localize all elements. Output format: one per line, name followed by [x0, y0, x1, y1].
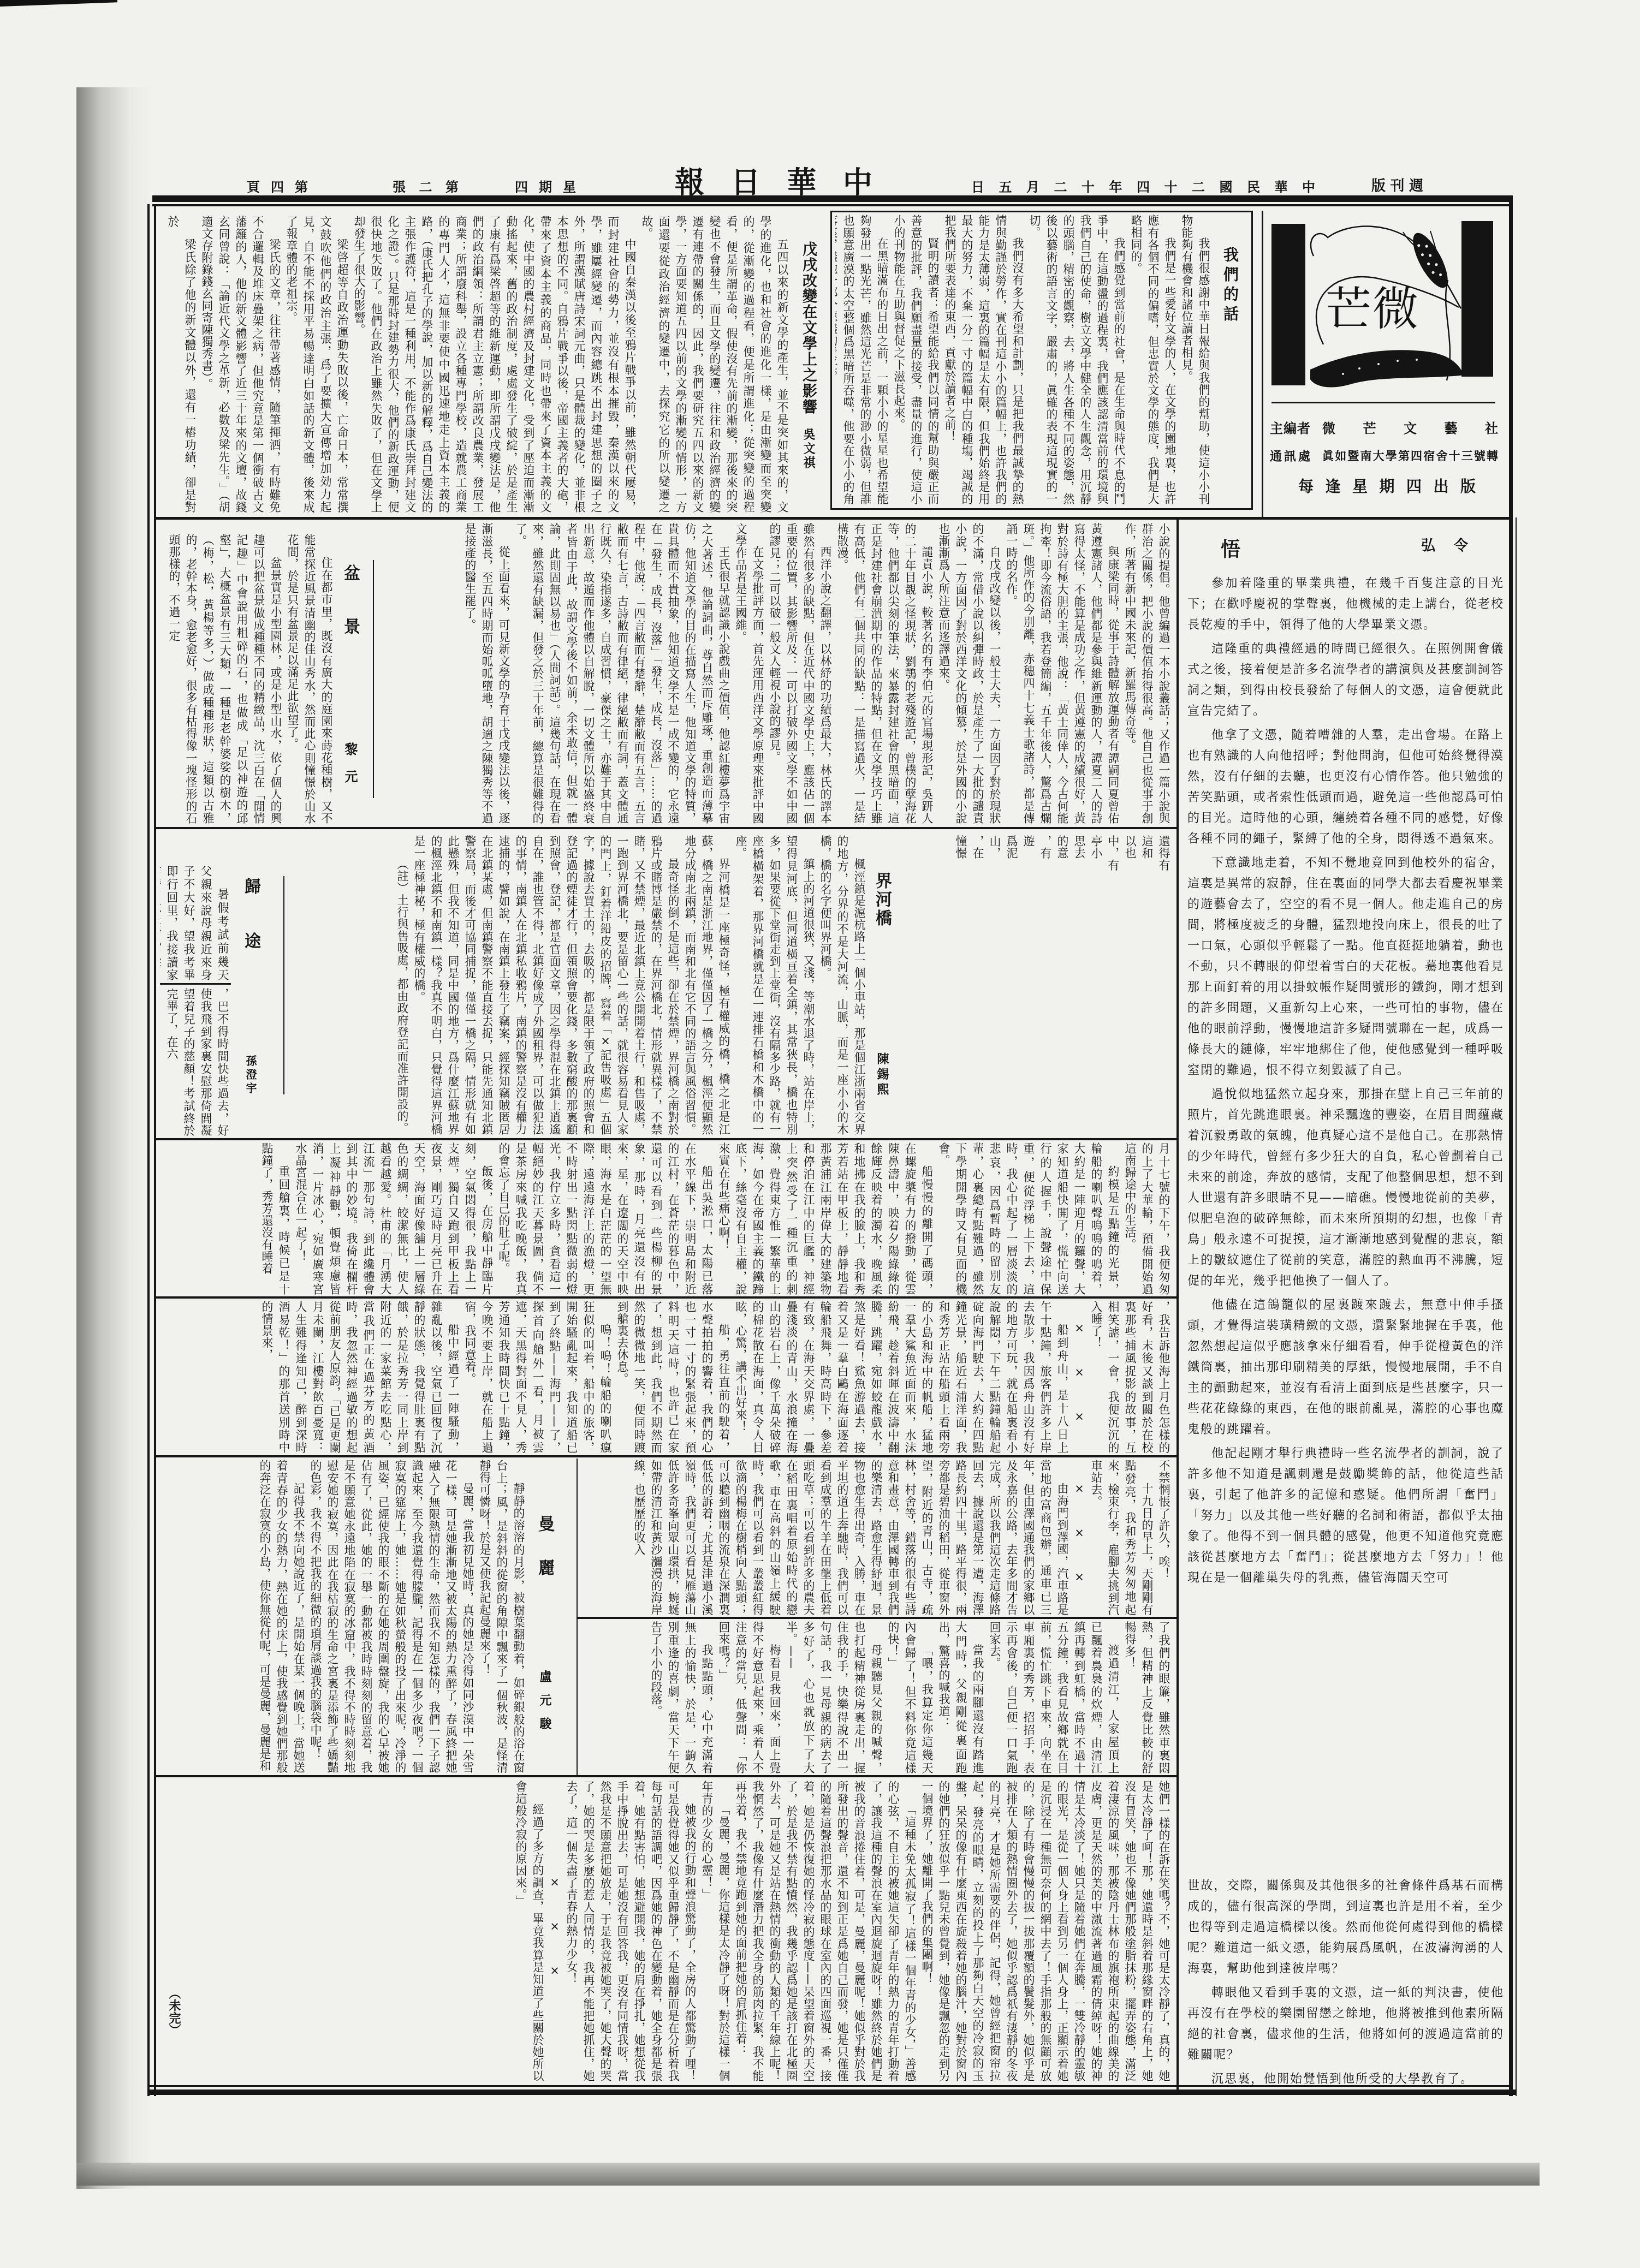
- homeward-opening-lower: ，巴不得時間快些過去，好使我飛到家裏安慰那倚閭凝望着兒子的慈顏！考試終於完畢了，…: [160, 988, 231, 1136]
- row-rule-6-sub: [578, 1617, 1178, 1619]
- paragraph: 賢明的讀者：希望能給我們以同情的幫助與嚴正而善意的批評，我們願盡量的接受，盡量的…: [890, 215, 941, 505]
- paragraph: 飯後，在房艙中靜臨片刻，空氣悶得很，我點上一支煙，獨自又跑到甲板上看夜景，剛巧這…: [292, 1142, 495, 1295]
- wuxu-article-author: 吳文祺: [799, 428, 817, 468]
- paragraph: 靜靜的溶溶的月影，被樹葉翻動着，如碎銀般的浴在窗台上；風，是斜斜的從窗的角隙中飄…: [476, 1460, 527, 1773]
- column-fragment: 這和: [1138, 835, 1155, 1135]
- paragraph: 在黑暗滿布的日出之前，一顆小小的星星也希望能夠發出一點光芒，雖然這光芒是非常的渺…: [835, 215, 890, 505]
- column-fragment: 中，有: [1104, 835, 1121, 1135]
- manli-body-row7: 她們一樣的在訴在笑嗎？不，她可是太冷靜了，真的，她是太冷靜了呵！那，她還時是斜着…: [187, 1781, 1172, 2082]
- paragraph: 約模是五點鐘的光景，輪船的喇叭聲嗚嗚的鳴着，大約是一陣迎月的鑼聲，大家知道船快開…: [935, 1142, 1121, 1295]
- jiehe-bridge-body: 楓涇鎮是滬杭路上一個小車站，那是個江浙兩省交界的地方，分界的不是大河流，山脈，而…: [295, 835, 867, 1135]
- paragraph: 與康梁同時，從事于詩體解放運動者有譚嗣同夏曾佑黃遵憲諸人，他們都是參與維新運動的…: [1003, 523, 1121, 824]
- penjing-body-part1: 住在都市里，既沒有廣大的庭園來蒔花種樹，又不能常探近風景清幽的佳山秀水，然而此心…: [160, 534, 335, 824]
- frame-right: [1509, 202, 1513, 2096]
- paragraph: 楓涇鎮是滬杭路上一個小車站，那是個江浙兩省交界的地方，分界的不是大河流，山脈，而…: [817, 835, 867, 1135]
- row-rule-6: [155, 1775, 1178, 1777]
- frame-right-thin: [1516, 517, 1517, 2096]
- homeward-row4: 月十七號的下午，我便匆匆的上了大華輪，預備開始過這南歸途中的生活。 約模是五點鐘…: [158, 1142, 1172, 1295]
- paragraph: 船，勇往直前的駛着，水聲拍拍的響着，我們的心也一寸一寸的緊張起來，預料明天這時，…: [614, 1301, 732, 1454]
- paragraph: 嗚！嗚！輪船的喇叭瘋狂似的叫着，船中的旅客，開始騷亂起來，我知道船已到了終點——…: [461, 1301, 614, 1454]
- paragraph: 轉眼他又看到手裏的文憑，這一紙的判決書，使他再沒有在學校的樂園留戀之餘地，他將被…: [1187, 1983, 1504, 2065]
- wuxu-article-body-part2: 小說的提倡。他曾編過一本小說叢話；又作過一篇小說與群治之關係，把小說的價值抬得很…: [382, 523, 1172, 824]
- paragraph: 我們感覺到當前的社會，是在生命與時代不息的鬥爭中，在這動盪的過程裏，我們應該認清…: [1026, 215, 1127, 505]
- paragraph: 他記起剛才舉行典禮時一些名流學者的訓詞，說了許多他不知道是諷刺還是鼓勵獎飾的話，…: [1187, 1443, 1504, 1588]
- issue-date: 中華民國二十四年十二月五日: [971, 176, 1315, 195]
- row-rule-5: [155, 1455, 1178, 1457]
- paragraph: ，巴不得時間快些過去，好使我飛到家裏安慰那倚閭凝望着兒子的慈顏！考試終於完畢了，…: [163, 988, 231, 1136]
- paragraph: 他拿了文憑，隨着嘈雜的人羣，走出會場。在路上也有熟識的人向他招呼；對他問詢，但他…: [1187, 725, 1504, 849]
- paragraph: 從上面看來，可見新文學的孕育于戊戌變法以後，逐漸滋長，至五四時期而始呱呱墮地，胡…: [461, 523, 512, 824]
- penjing-body-part2: 還得有 這和 以也 中，有 亭小 思去 的意 ，有 遊 爲泥 山， ，在 憧憬: [904, 835, 1172, 1135]
- paragraph: 母親聽見父親的喊聲，也打起精神從房裏走出，握住我的手，快樂得說不出一句話，我一見…: [783, 1621, 884, 1774]
- sheet-number: 第二張: [393, 176, 459, 195]
- enlightenment-box-left: [1176, 517, 1179, 2091]
- header-rule-thin: [152, 204, 1513, 206]
- address-label: 通訊處: [1270, 447, 1310, 464]
- paragraph: 她們一樣的在訴在笑嗎？不，她可是太冷靜了，真的，她是太冷靜了呵！那，她還時是斜着…: [918, 1781, 1172, 2082]
- paragraph: 她被我的行動和聲浪驚動了，全房的人都驚動了哩！可是我覺得她又似乎重歸靜了，不是幽…: [563, 1781, 698, 2082]
- paragraph: 中國自秦漢以後至鴉片戰爭以前，雖然朝代屢易，而封建社會的勢力，並沒有根本摧毀，秦…: [350, 216, 638, 513]
- paragraph: 下意識地走着，不知不覺地竟回到他校外的宿舍，這裏是異常的寂靜，住在裏面的同學大都…: [1187, 853, 1504, 1081]
- paragraph: 梅看見我回來，面上覺得不好意思起來，乘着人不注意的當兒，低聲問：「你回來嗎？」: [715, 1621, 783, 1774]
- paragraph: 鎮上的河道很狹，又淺，等潮水退了時，站在岸上，望得見河底，但河道橫亘着全鎮，其常…: [732, 835, 817, 1135]
- wuxu-article-title: 戊戌改變在文學上之影響: [797, 241, 819, 414]
- jiehe-bridge-author: 陳錫熙: [872, 1052, 891, 1095]
- paragraph: 「喂，我算定你這幾天內會歸了！但不料你竟這樣的快！」: [884, 1621, 935, 1774]
- column-fragment: 思去: [1071, 835, 1088, 1135]
- homeward-block6b: 了我們的眼簾，雖然車裏悶熱，但精神上反覺比較的舒暢得多！ 渡過清江，人家屋頂上已…: [581, 1621, 1172, 1774]
- column-fragment: 還得有: [1155, 835, 1172, 1135]
- paragraph: 五四以來的新文學的產生，並不是突如其來的，文學的進化，也和社會的進化一樣，是由漸…: [638, 216, 791, 513]
- paragraph: 參加着隆重的畢業典禮，在幾千百隻注意的目光下；在歡呼慶祝的掌聲裏，他機械的走上講…: [1187, 573, 1504, 635]
- paragraph: 這隆重的典禮經過的時間已經很久。在照例開會儀式之後，接着便是許多名流學者的講演與…: [1187, 639, 1504, 722]
- paragraph: 西洋小說之翻譯，以林紓的功績爲最大，林氏的譯本雖然有很多的缺點，但在近代中國文學…: [766, 523, 834, 824]
- paragraph: 住在都市里，既沒有廣大的庭園來蒔花種樹，又不能常探近風景清幽的佳山秀水，然而此心…: [284, 534, 335, 824]
- column-fragment: ，有: [1037, 835, 1054, 1135]
- paragraph: 界河橋是一座極奇怪，極有權威的橋，橋之北是江蘇，橋之南是浙江地界，僅僅因了一橋之…: [681, 835, 732, 1135]
- paragraph: 暑假考試前幾天父親來說母親近來身子不大好，望我考畢即行回里，我接讀家信時，就是歸…: [160, 865, 231, 981]
- row-rule-2: [155, 827, 1178, 829]
- manli-title: 曼麗: [534, 1515, 555, 1575]
- frame-left-inner: [154, 204, 156, 2096]
- our-words-body: 我們很感謝中華日報給與我們的幫助，使這小小刊物能夠有機會和諸位讀者相見。 我們是…: [835, 215, 1212, 505]
- logo-text: 微芒: [1326, 282, 1418, 336]
- paragraph: 船出吳淞口，太陽已落在水平線下，崇明島和附近的江村，在蒼茫的暮色中，還可以看到一…: [495, 1142, 715, 1295]
- manli-divider: [577, 1459, 578, 1775]
- manli-author: 盧元駿: [536, 1670, 553, 1729]
- paragraph: ，我告訴他海上月色怎樣的好看，末後又談到關於在校裏那些捕風捉影的故事，互相笑謔，…: [1088, 1301, 1172, 1454]
- masthead-rule: [1271, 402, 1495, 403]
- enlightenment-title: 悟: [1221, 538, 1240, 562]
- paragraph: 梁啓超等自政治運動失敗以後，亡命日本，常常撰文鼓吹他們的政治主張，爲了要擴大宣傳…: [283, 216, 350, 513]
- homeward-row5: ，我告訴他海上月色怎樣的好看，末後又談到關於在校裏那些捕風捉影的故事，互相笑謔，…: [158, 1301, 1172, 1454]
- column-fragment: 遊: [1020, 835, 1037, 1135]
- homeward-block6a: 不禁惘悵了許久，唉！ 十九日的早上，天剛剛有點發亮，我和秀芳匆匆地起來，檢束行李…: [581, 1460, 1172, 1616]
- paragraph: 我們是一些愛好文學的人，在文學的園地裏，也許應有各個不同的偏嗜，但忠實於文學的態…: [1127, 215, 1178, 505]
- paragraph: 當我的兩腳還沒有踏進大門時，父親剛從裏面跑出，驚喜的喊我道：: [935, 1621, 986, 1774]
- edition-label: 週刊版: [1371, 175, 1423, 195]
- paragraph: 他儘在這鴿籠似的屋裏踱來踱去，無意中伸手搔頭，才覺得這裝璜精緻的文憑，還緊緊地握…: [1187, 1295, 1504, 1440]
- homeward-opening-upper: 暑假考試前幾天父親來說母親近來身子不大好，望我考畢即行回里，我接讀家信時，就是歸…: [160, 865, 231, 981]
- our-words-title: 我們的話: [1220, 247, 1240, 321]
- row-rule-4: [155, 1296, 1178, 1299]
- paragraph: 世故，交際，關係與及其他很多的社會條件爲基石而構成的，儘有很高深的學問，到這裏也…: [1187, 1876, 1504, 1979]
- homeward-divider: [283, 876, 284, 1094]
- enlightenment-body-top: 參加着隆重的畢業典禮，在幾千百隻注意的目光下；在歡呼慶祝的掌聲裏，他機械的走上講…: [1187, 573, 1504, 1592]
- scan-bottom-edge-shadow: [76, 2163, 1540, 2186]
- masthead-address-line: 通訊處 眞如暨南大學第四宿舍十三號轉: [1270, 447, 1498, 464]
- paragraph: 梁氏的文章，往往帶著感情，隨筆揮洒，有時難免不合邏輯及堆床疊架之病，但他究竟是第…: [198, 216, 283, 513]
- paragraph: 由海門到澤國，汽車路是當地的富商包辦，通車已三年，但由澤國通我們的家鄉以及永嘉的…: [631, 1460, 1071, 1616]
- paragraph: 我們很感謝中華日報給與我們的幫助，使這小小刊物能夠有機會和諸位讀者相見。: [1178, 215, 1212, 505]
- page-number: 第四頁: [247, 176, 308, 195]
- column-fragment: 以也: [1121, 835, 1138, 1135]
- paragraph: 船中經過了一陣騷動，雜亂以後，空氣已回復了沉靜的狀態，我覺得肚裏有點餓，於是拉秀…: [258, 1301, 461, 1454]
- to-be-continued-note: （未完）: [165, 1987, 182, 2036]
- address-value: 眞如暨南大學第四宿舍十三號轉: [1322, 447, 1498, 463]
- scan-left-edge-shadow: [76, 87, 153, 2189]
- paragraph: 最奇怪的倒不是這些，卻在於禁煙，界河橋之南對於鴉片或賭博是嚴禁的，在界河橋北，情…: [411, 835, 681, 1135]
- paragraph: 在文學批評方面，首先運用西洋文學原理來批評中國文學作品者是王國維。: [732, 523, 766, 824]
- paragraph: 船慢慢的離開了碼頭，在螺旋槳有力的撥動，從雲陳鼻濤中，映着夕陽綠綠的餘輝反映着的…: [715, 1142, 935, 1295]
- paragraph: 自戊戌改變以後，一般士大夫，一方面因了對於現狀的不滿，常借小說以糾彈時政，於是產…: [935, 523, 1003, 824]
- paragraph: 王氏很早就認識小說戲曲之價值，他認紅樓夢爲宇宙之大著述，他論詞曲，尊自然而斥雕琢…: [512, 523, 732, 824]
- jiehe-bridge-title: 界河橋: [871, 872, 892, 926]
- paragraph: 曼麗，當我初見她時，真的她是冷得如同沙漠中一朵雪花一樣，可是她漸漸地又被太陽的熱…: [307, 1460, 476, 1773]
- penjing-title: 盆景: [340, 564, 360, 634]
- manli-body-row6: 靜靜的溶溶的月影，被樹葉翻動着，如碎銀般的浴在窗台上；風，是斜斜的從窗的角隙中飄…: [158, 1460, 527, 1773]
- paragraph: 月十七號的下午，我便匆匆的上了大華輪，預備開始過這南歸途中的生活。: [1121, 1142, 1172, 1295]
- wuxu-article-body-part1: 五四以來的新文學的產生，並不是突如其來的，文學的進化，也和社會的進化一樣，是由漸…: [158, 216, 791, 513]
- masthead-divider: [1262, 211, 1263, 517]
- column-fragment: 山，: [986, 835, 1003, 1135]
- paragraph: 船到舟山，是十八日上午十點鐘，旅客們許多上岸去散步，我因爲舟山沒有好的地方可玩，…: [732, 1301, 1071, 1454]
- paragraph: 梁氏除了他的新文體以外，還有一樁功績，卻是對於: [164, 216, 198, 513]
- row-rule-3: [155, 1138, 1178, 1140]
- penjing-author: 黎元: [341, 742, 359, 783]
- section-separator: × × ×: [1071, 1460, 1088, 1616]
- editor-name: 微芒文藝社: [1322, 418, 1498, 437]
- paragraph: 經過了多方的調查，畢竟我算是知道了些關於她所以會這般冷寂的原因來。」: [512, 1781, 546, 2082]
- column-fragment: ，在: [969, 835, 986, 1135]
- paragraph: 記得我不禁向她說近了，是開始在某一個晚上，當她送着青春的少女的熱力，熱在她的床上…: [256, 1460, 307, 1773]
- homeward-opening-split-rule: [160, 983, 231, 985]
- paragraph: 小說的提倡。他曾編過一本小說叢話；又作過一篇小說與群治之關係，把小說的價值抬得很…: [1121, 523, 1172, 824]
- masthead-editor-line: 主編者 微芒文藝社: [1270, 418, 1498, 436]
- homeward-author: 孫澄宇: [242, 1055, 259, 1093]
- scan-corner-mark: [0, 0, 117, 7]
- column-fragment: 爲泥: [1003, 835, 1020, 1135]
- section-separator: × × ×: [1071, 1301, 1088, 1454]
- frame-left-outer: [147, 204, 150, 2096]
- publication-schedule: 每逢星期四出版: [1298, 475, 1476, 497]
- paragraph: 「曼麗，曼麗，你這樣是太冷靜了呀！對於這樣一個年青的少女的心靈！」: [698, 1781, 732, 2082]
- paragraph: 十九日的早上，天剛剛有點發亮，我和秀芳匆匆地起來，檢束行李，雇腳夫挑到汽車站去。: [1088, 1460, 1155, 1616]
- homeward-title: 歸途: [240, 878, 261, 949]
- weekday: 星期四: [515, 176, 576, 195]
- row-rule-1: [155, 517, 1509, 520]
- paragraph: 我們沒有多大希望和計劃，只是把我們最誠摯的熱情與勤謹於勞作，實在刊這小小的篇幅上…: [941, 215, 1026, 505]
- paragraph: 重回艙裏，時候已是十點鐘了，秀芳還沒有睡着: [258, 1142, 292, 1295]
- paragraph: 了我們的眼簾，雖然車裏悶熱，但精神上反覺比較的舒暢得多！: [1121, 1621, 1172, 1774]
- paragraph: 沉思裏，他開始覺悟到他所受的大學教育了。: [1187, 2069, 1504, 2090]
- penjing-divider: [373, 560, 374, 798]
- masthead-schedule-line: 每逢星期四出版: [1298, 476, 1476, 496]
- paragraph: 過悅似地猛然立起身來，那掛在壁上自己三年前的照片，首先跳進眼裏。神采飄逸的豐姿，…: [1187, 1084, 1504, 1291]
- paragraph: 盆景實是小型園林，或是小型山水，依了個人的興趣可以把盆景做成種種不同的精緻品，沈…: [165, 534, 284, 824]
- paragraph: 「這種未免太孤寂了！這樣一個年青的少女，」善感的心弦，不自主的被她這失卻了青年的…: [732, 1781, 918, 2082]
- editor-label: 主編者: [1270, 418, 1310, 437]
- paragraph: 我點點頭，心中充滿着無上的愉快，於是，一齣久別重逢的喜劇，當天下午便告了小小的段…: [647, 1621, 715, 1774]
- column-fragment: 的意: [1054, 835, 1071, 1135]
- enlightenment-author: 弘 令: [1421, 537, 1470, 555]
- paragraph: （註）土行與售吸處，都由政府登記而准許開設的。: [394, 835, 411, 1135]
- section-separator: × × ×: [546, 1781, 563, 2082]
- column-fragment: 憧憬: [952, 835, 969, 1135]
- column-fragment: 亭小: [1088, 835, 1104, 1135]
- paragraph: 不禁惘悵了許久，唉！: [1155, 1460, 1172, 1616]
- enlightenment-body-bottom: 世故，交際，關係與及其他很多的社會條件爲基石而構成的，儘有很高深的學問，到這裏也…: [1187, 1876, 1504, 2093]
- paragraph: 渡過清江，人家屋頂上已飄着裊裊的炊煙，由清江鎮再轉到虹橋，當時不過十五分鐘，我看…: [986, 1621, 1121, 1774]
- header-rule-thick: [152, 195, 1513, 202]
- paragraph: 譴責小說，較著名的有李伯元的官場現形記，吳趼人的二十年目覩之怪現狀，劉鶚的老殘遊…: [834, 523, 935, 824]
